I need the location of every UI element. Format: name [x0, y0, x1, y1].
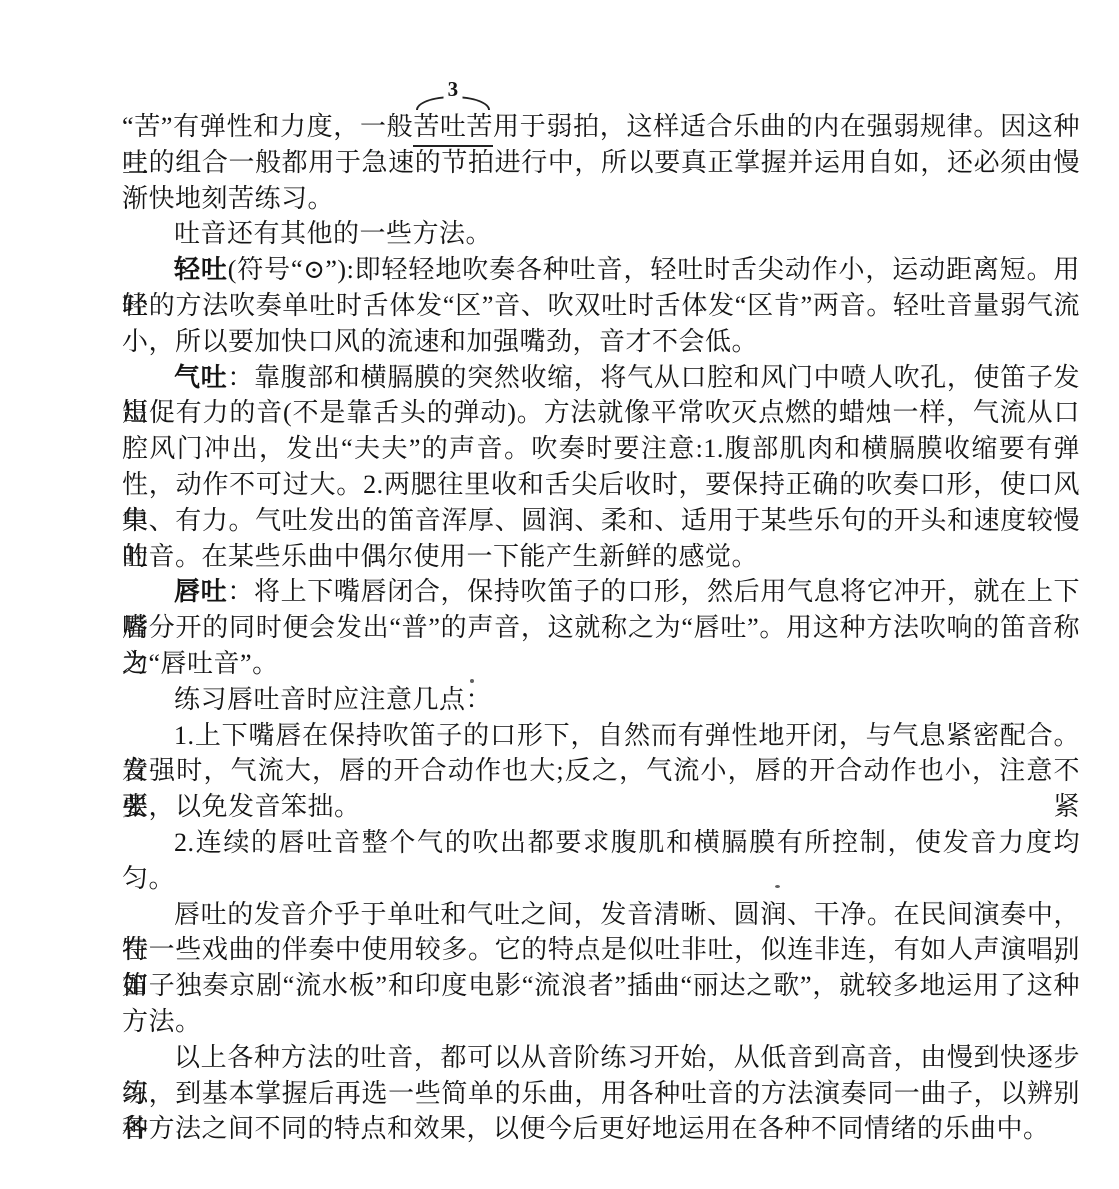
text-line: 吐的组合一般都用于急速的节拍进行中，所以要真正掌握并运用自如，还必须由慢 — [122, 145, 1080, 181]
text-line: 吐音还有其他的一些方法。 — [122, 216, 1080, 252]
text-line: 在一些戏曲的伴奏中使用较多。它的特点是似吐非吐，似连非连，有如人声演唱，如 — [122, 932, 1080, 968]
triplet-number: 3 — [444, 78, 463, 100]
text-line: 轻吐(符号“⊙”):即轻轻地吹奏各种吐音，轻吐时舌尖动作小，运动距离短。用轻 — [122, 252, 1080, 288]
text-segment: 吐的组合一般都用于急速的节拍进行中，所以要真正掌握并运用自如，还必须由慢 — [122, 148, 1080, 177]
text-line: 吐音。在某些乐曲中偶尔使用一下能产生新鲜的感觉。 — [122, 539, 1080, 575]
text-line: 音强时，气流大，唇的开合动作也大;反之，气流小，唇的开合动作也小，注意不要紧 — [122, 753, 1080, 789]
text-segment: 吐的方法吹奏单吐时舌体发“区”音、吹双吐时舌体发“区肯”两音。轻吐音量弱气流 — [122, 291, 1080, 320]
text-segment: 张，以免发音笨拙。 — [122, 792, 361, 821]
text-line: 为“唇吐音”。 — [122, 646, 1080, 682]
text-segment: 笛子独奏京剧“流水板”和印度电影“流浪者”插曲“丽达之歌”，就较多地运用了这种 — [122, 971, 1080, 1000]
scan-speck — [775, 885, 780, 888]
text-line: 唇分开的同时便会发出“普”的声音，这就称之为“唇吐”。用这种方法吹响的笛音称之 — [122, 610, 1080, 646]
section-term: 气吐 — [174, 363, 227, 392]
text-segment: 练习唇吐音时应注意几点： — [174, 685, 492, 714]
text-line: 唇吐的发音介乎于单吐和气吐之间，发音清晰、圆润、干净。在民间演奏中，特别 — [122, 897, 1080, 933]
text-segment: 方法。 — [122, 1007, 202, 1036]
text-segment: 吐音还有其他的一些方法。 — [174, 219, 492, 248]
text-line: 性，动作不可过大。2.两腮往里收和舌尖后收时，要保持正确的吹奏口形，使口风集 — [122, 467, 1080, 503]
section-term: 轻吐 — [174, 255, 228, 284]
text-line: “苦”有弹性和力度，一般3苦吐苦用于弱拍，这样适合乐曲的内在强弱规律。因这种三 — [122, 109, 1080, 145]
text-line: 种方法之间不同的特点和效果，以便今后更好地运用在各种不同情绪的乐曲中。 — [122, 1111, 1080, 1147]
text-line: 方法。 — [122, 1004, 1080, 1040]
text-line: 笛子独奏京剧“流水板”和印度电影“流浪者”插曲“丽达之歌”，就较多地运用了这种 — [122, 968, 1080, 1004]
text-segment: 匀。 — [122, 864, 175, 893]
scan-speck — [470, 679, 474, 683]
text-line: 小，所以要加快口风的流速和加强嘴劲，音才不会低。 — [122, 324, 1080, 360]
text-line: 气吐：靠腹部和横膈膜的突然收缩，将气从口腔和风门中喷人吹孔，使笛子发出 — [122, 360, 1080, 396]
text-line: 中、有力。气吐发出的笛音浑厚、圆润、柔和、适用于某些乐句的开头和速度较慢的 — [122, 503, 1080, 539]
text-line: 1.上下嘴唇在保持吹笛子的口形下，自然而有弹性地开闭，与气息紧密配合。发 — [122, 718, 1080, 754]
text-line: 匀。 — [122, 861, 1080, 897]
text-column: “苦”有弹性和力度，一般3苦吐苦用于弱拍，这样适合乐曲的内在强弱规律。因这种三吐… — [122, 109, 1080, 1147]
text-line: 腔风门冲出，发出“夫夫”的声音。吹奏时要注意:1.腹部肌肉和横膈膜收缩要有弹 — [122, 431, 1080, 467]
text-segment: 为“唇吐音”。 — [122, 649, 279, 678]
text-segment: 2.连续的唇吐音整个气的吹出都要求腹肌和横膈膜有所控制，使发音力度均 — [174, 828, 1080, 857]
text-line: 短促有力的音(不是靠舌头的弹动)。方法就像平常吹灭点燃的蜡烛一样，气流从口 — [122, 395, 1080, 431]
section-term: 唇吐 — [174, 577, 227, 606]
text-line: 唇吐：将上下嘴唇闭合，保持吹笛子的口形，然后用气息将它冲开，就在上下嘴 — [122, 574, 1080, 610]
text-line: 练习唇吐音时应注意几点： — [122, 682, 1080, 718]
text-line: 2.连续的唇吐音整个气的吹出都要求腹肌和横膈膜有所控制，使发音力度均 — [122, 825, 1080, 861]
text-segment: 小，所以要加快口风的流速和加强嘴劲，音才不会低。 — [122, 327, 758, 356]
text-line: 以上各种方法的吐音，都可以从音阶练习开始，从低音到高音，由慢到快逐步练 — [122, 1040, 1080, 1076]
text-segment: 吐音。在某些乐曲中偶尔使用一下能产生新鲜的感觉。 — [122, 542, 758, 571]
text-segment: 腔风门冲出，发出“夫夫”的声音。吹奏时要注意:1.腹部肌肉和横膈膜收缩要有弹 — [122, 434, 1080, 463]
text-segment: 苦吐苦 — [413, 112, 493, 141]
text-segment: “苦”有弹性和力度，一般 — [122, 112, 413, 141]
text-line: 渐快地刻苦练习。 — [122, 181, 1080, 217]
text-segment: 种方法之间不同的特点和效果，以便今后更好地运用在各种不同情绪的乐曲中。 — [122, 1114, 1050, 1143]
text-segment: 渐快地刻苦练习。 — [122, 184, 334, 213]
text-line: 习，到基本掌握后再选一些简单的乐曲，用各种吐音的方法演奏同一曲子，以辨别各 — [122, 1076, 1080, 1112]
triplet-annotated-text: 3苦吐苦 — [413, 109, 493, 147]
text-segment: 短促有力的音(不是靠舌头的弹动)。方法就像平常吹灭点燃的蜡烛一样，气流从口 — [122, 398, 1080, 427]
scanned-book-page: “苦”有弹性和力度，一般3苦吐苦用于弱拍，这样适合乐曲的内在强弱规律。因这种三吐… — [0, 0, 1119, 1189]
text-line: 吐的方法吹奏单吐时舌体发“区”音、吹双吐时舌体发“区肯”两音。轻吐音量弱气流 — [122, 288, 1080, 324]
